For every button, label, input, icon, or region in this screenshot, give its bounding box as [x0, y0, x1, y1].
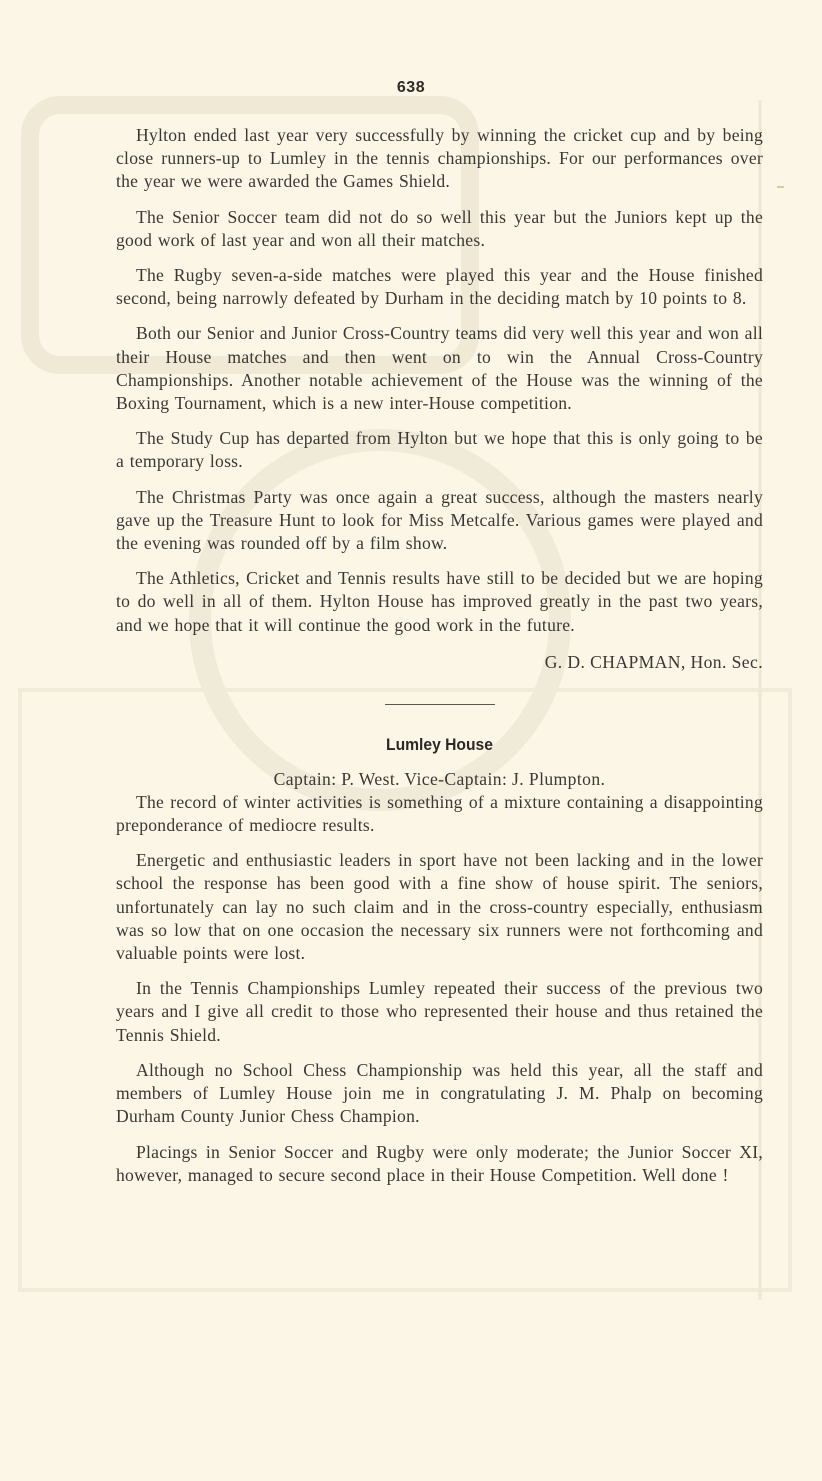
- paragraph: In the Tennis Championships Lumley repea…: [116, 977, 763, 1047]
- paragraph: Although no School Chess Championship wa…: [116, 1059, 763, 1129]
- paragraph: The Senior Soccer team did not do so wel…: [116, 206, 763, 252]
- section-divider: [385, 704, 495, 705]
- paragraph: The Study Cup has departed from Hylton b…: [116, 427, 763, 473]
- section-heading: Lumley House: [142, 734, 737, 756]
- paragraph: Hylton ended last year very successfully…: [116, 124, 763, 194]
- signature: G. D. CHAPMAN, Hon. Sec.: [116, 651, 763, 674]
- paragraph: The Christmas Party was once again a gre…: [116, 486, 763, 556]
- paragraph: The Rugby seven-a-side matches were play…: [116, 264, 763, 310]
- lumley-house-report: Lumley House Captain: P. West. Vice-Capt…: [116, 734, 763, 1187]
- paragraph: The Athletics, Cricket and Tennis result…: [116, 567, 763, 637]
- house-officers: Captain: P. West. Vice-Captain: J. Plump…: [116, 768, 763, 791]
- paragraph: Energetic and enthusiastic leaders in sp…: [116, 849, 763, 965]
- page-body: Hylton ended last year very successfully…: [116, 124, 763, 1199]
- paragraph: Both our Senior and Junior Cross-Country…: [116, 322, 763, 415]
- paragraph: Placings in Senior Soccer and Rugby were…: [116, 1141, 763, 1187]
- hylton-house-report: Hylton ended last year very successfully…: [116, 124, 763, 674]
- page-number: 638: [0, 79, 822, 97]
- paragraph: The record of winter activities is somet…: [116, 791, 763, 837]
